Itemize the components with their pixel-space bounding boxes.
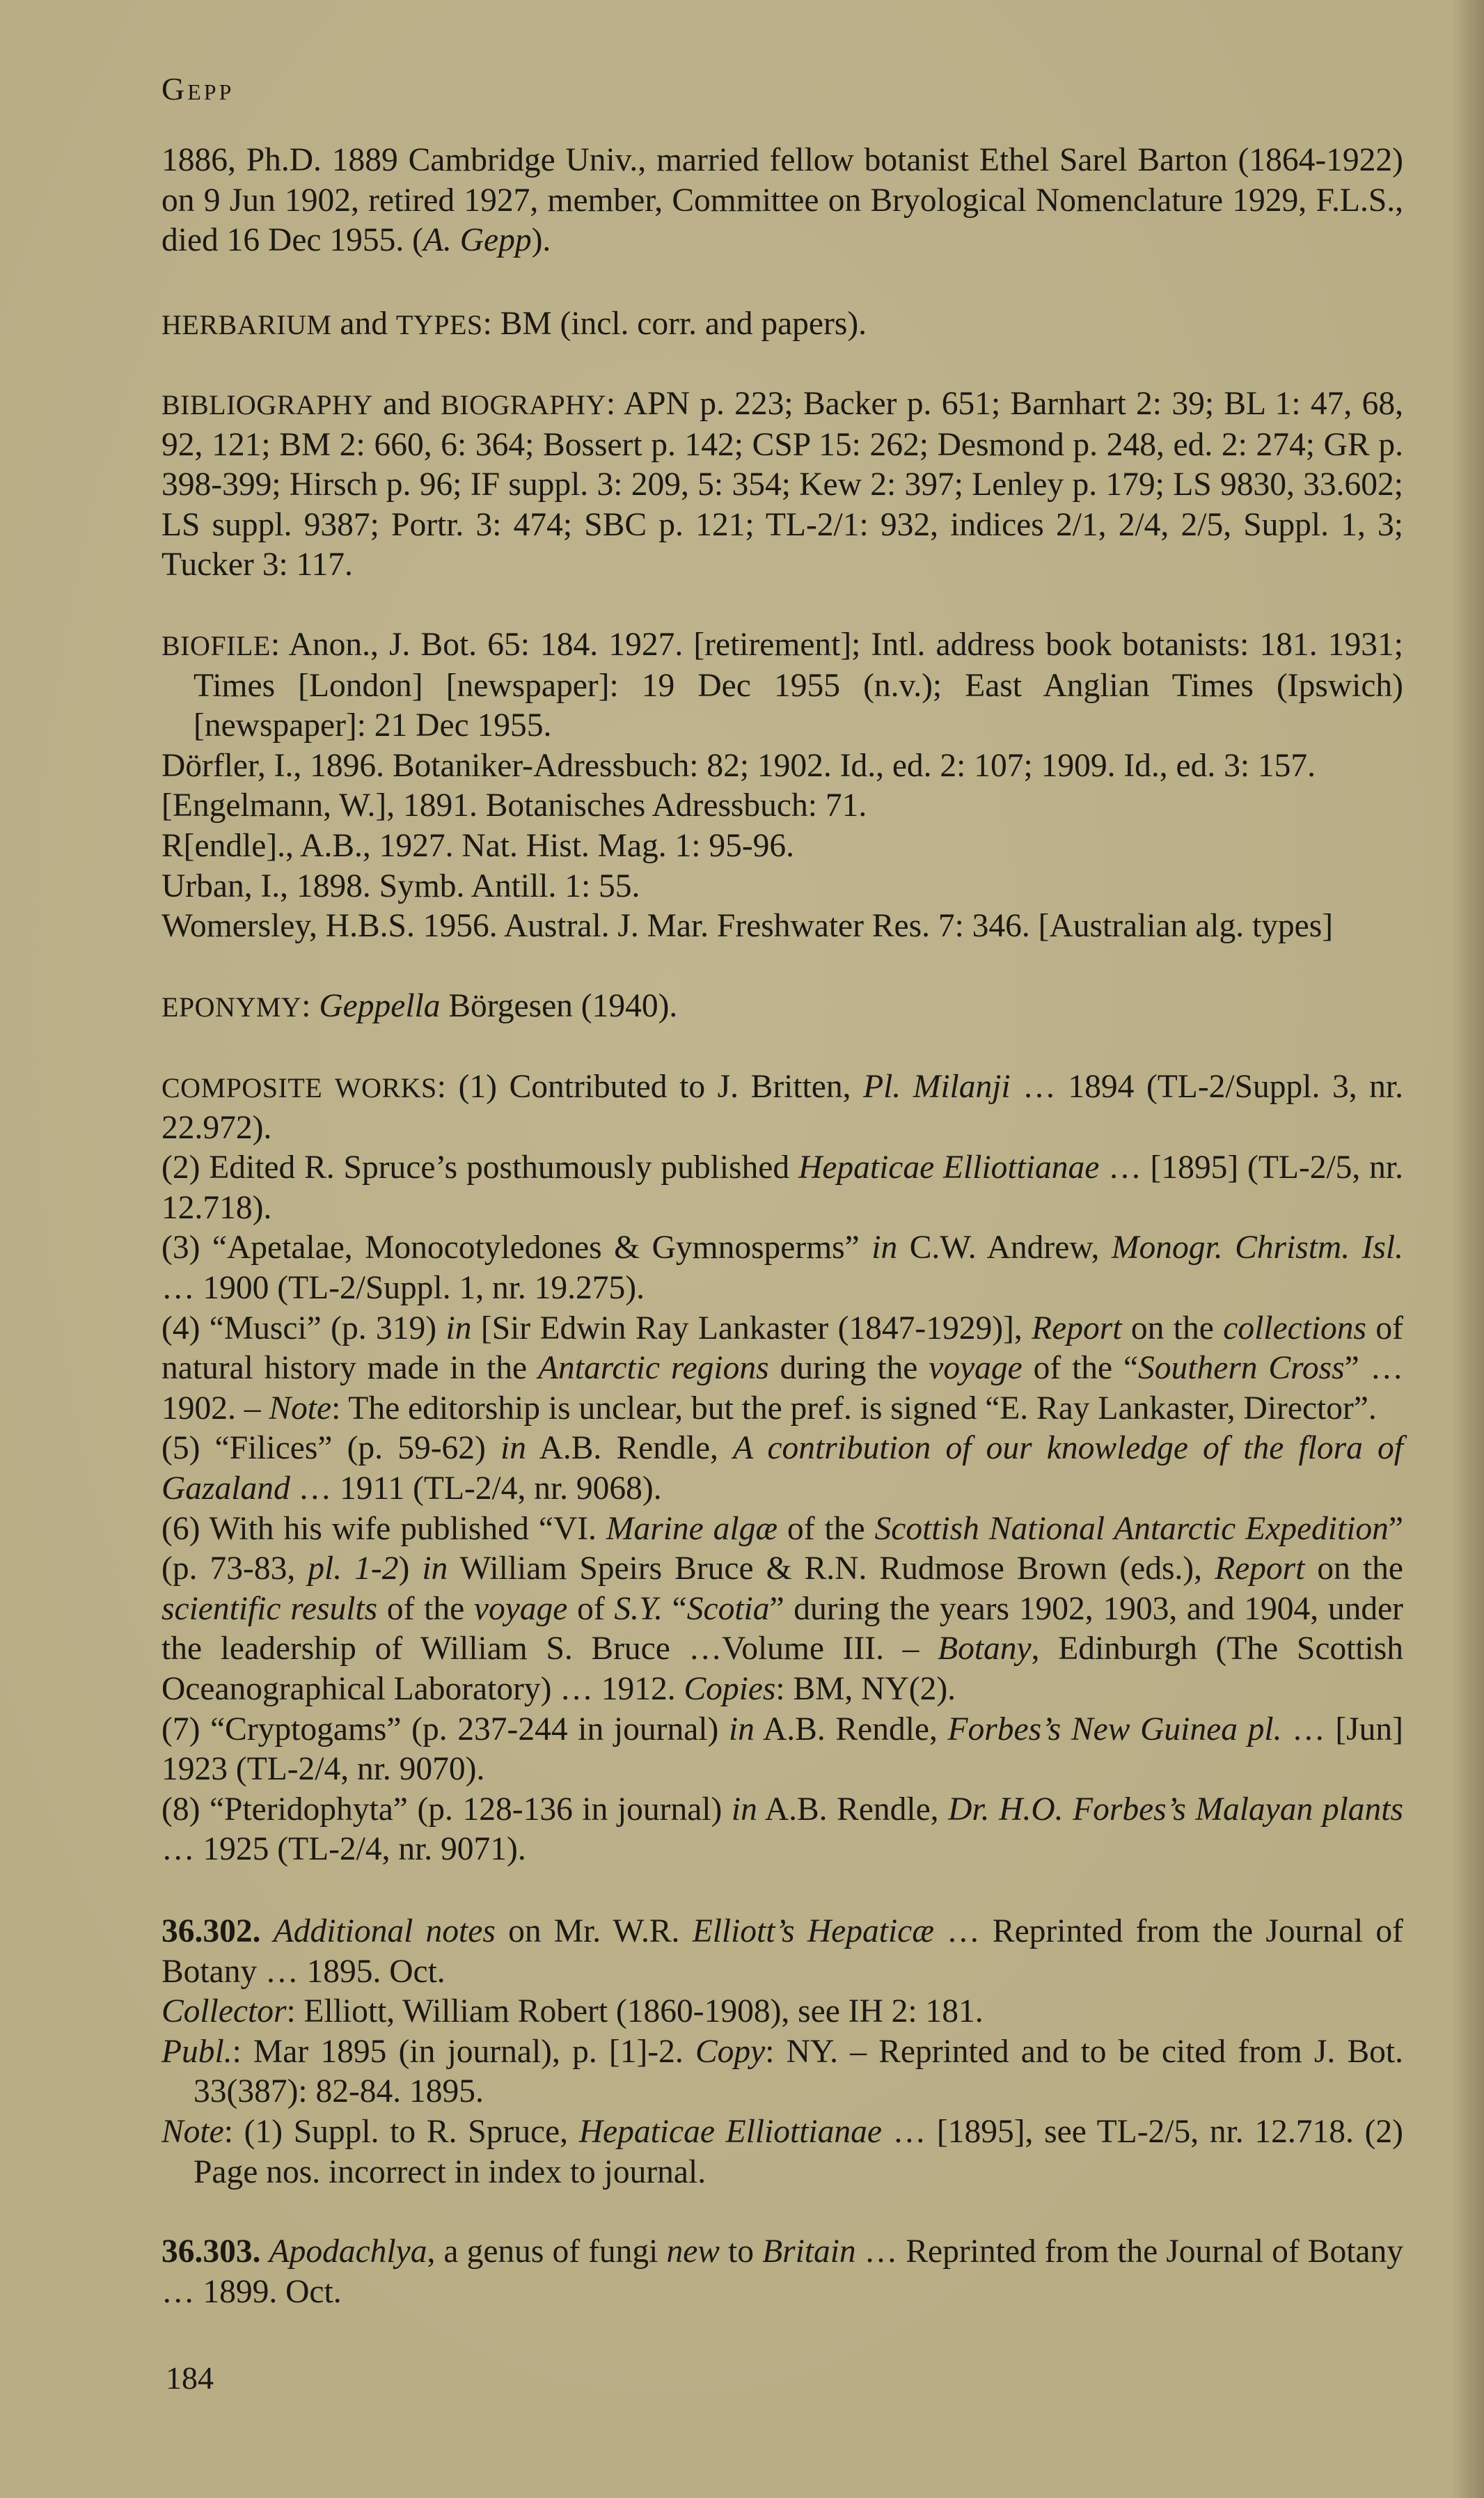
italic-run: in <box>422 1550 448 1587</box>
composite-work-item: (6) With his wife published “VI. Marine … <box>161 1509 1403 1710</box>
text-run: (7) “Cryptogams” (p. 237-244 in journal) <box>161 1711 729 1747</box>
composite-work-item: (4) “Musci” (p. 319) in [Sir Edwin Ray L… <box>161 1309 1403 1429</box>
italic-run: voyage <box>474 1591 568 1627</box>
types-label: types <box>396 309 483 340</box>
label-conjunction: and <box>373 386 441 422</box>
italic-run: in <box>871 1230 897 1266</box>
text-run: : Mar 1895 (in journal), p. [1]-2. <box>232 2034 695 2070</box>
biography-paragraph: 1886, Ph.D. 1889 Cambridge Univ., marrie… <box>161 141 1403 261</box>
text-run: on the <box>1121 1310 1223 1346</box>
text-run <box>261 2233 269 2270</box>
text-run: to <box>720 2233 762 2270</box>
text-run: A.B. Rendle, <box>526 1430 733 1466</box>
text-run: : Elliott, William Robert (1860-1908), s… <box>286 1993 983 2029</box>
composite-work-item: (7) “Cryptogams” (p. 237-244 in journal)… <box>161 1710 1403 1790</box>
bibliographic-entry: 36.303. Apodachlya, a genus of fungi new… <box>161 2232 1403 2312</box>
entry-title: 36.302. Additional notes on Mr. W.R. Ell… <box>161 1912 1403 1992</box>
entry-field-note: Note: (1) Suppl. to R. Spruce, Hepaticae… <box>161 2112 1403 2192</box>
italic-run: Copy <box>695 2034 765 2070</box>
italic-run: Scotia <box>687 1591 770 1627</box>
text-run: (1) Contributed to J. Britten, <box>459 1069 863 1105</box>
text-run: A.B. Rendle, <box>755 1711 948 1747</box>
label-colon: : <box>271 627 289 663</box>
entry-title-text: Additional notes on Mr. W.R. Elliott’s H… <box>161 1913 1403 1990</box>
text-run: of the <box>377 1591 474 1627</box>
italic-run: scientific results <box>161 1591 377 1627</box>
label-colon: : <box>437 1069 459 1105</box>
text-run: : The editorship is unclear, but the pre… <box>331 1390 1377 1427</box>
biography-text: 1886, Ph.D. 1889 Cambridge Univ., marrie… <box>161 142 1403 258</box>
italic-run: Antarctic regions <box>538 1350 769 1386</box>
biofile-label: biofile <box>161 630 271 661</box>
text-run: (3) “Apetalae, Monocotyledones & Gymnosp… <box>161 1230 871 1266</box>
italic-run: Report <box>1215 1550 1304 1587</box>
entry-title: 36.303. Apodachlya, a genus of fungi new… <box>161 2232 1403 2312</box>
text-run: on Mr. W.R. <box>496 1913 693 1949</box>
eponymy-text: Börgesen (1940). <box>441 988 678 1024</box>
italic-run: in <box>446 1310 472 1346</box>
label-colon: : <box>606 386 624 422</box>
italic-run: Dr. H.O. Forbes’s Malayan plants <box>948 1791 1403 1828</box>
text-run: : (1) Suppl. to R. Spruce, <box>224 2114 579 2150</box>
biofile-entry: Urban, I., 1898. Symb. Antill. 1: 55. <box>161 867 1403 907</box>
herbarium-text: BM (incl. corr. and papers). <box>500 306 867 342</box>
text-run: on the <box>1304 1550 1403 1587</box>
label-conjunction: and <box>332 306 396 342</box>
author-attribution: A. Gepp <box>423 222 532 258</box>
text-run: , a genus of fungi <box>427 2233 666 2270</box>
composite-works-section: composite works: (1) Contributed to J. B… <box>161 1067 1403 1870</box>
italic-run: in <box>500 1430 526 1466</box>
text-run: (4) “Musci” (p. 319) <box>161 1310 446 1346</box>
field-label: Collector <box>161 1993 286 2029</box>
italic-run: Hepaticae Elliottianae <box>798 1149 1099 1186</box>
text-run: of the “ <box>1023 1350 1138 1386</box>
text-run: “ <box>663 1591 687 1627</box>
text-run <box>261 1913 274 1949</box>
biofile-section: biofile: Anon., J. Bot. 65: 184. 1927. [… <box>161 625 1403 947</box>
text-run: (6) With his wife published “VI. <box>161 1511 606 1547</box>
italic-run: Marine algæ <box>606 1511 777 1547</box>
text-run: ) <box>398 1550 422 1587</box>
bibliographic-entry: 36.302. Additional notes on Mr. W.R. Ell… <box>161 1912 1403 2192</box>
bibliography-section: bibliography and biography: APN p. 223; … <box>161 384 1403 586</box>
text-run: of the <box>777 1511 874 1547</box>
italic-run: Hepaticae Elliottianae <box>579 2114 882 2150</box>
biofile-entry: Dörfler, I., 1896. Botaniker-Adressbuch:… <box>161 746 1403 787</box>
field-value: : Elliott, William Robert (1860-1908), s… <box>286 1993 983 2029</box>
italic-run: Note <box>269 1390 331 1427</box>
field-label: Publ. <box>161 2034 232 2070</box>
biofile-entry: Womersley, H.B.S. 1956. Austral. J. Mar.… <box>161 906 1403 947</box>
entry-number: 36.302. <box>161 1913 261 1949</box>
italic-run: Britain <box>762 2233 856 2270</box>
italic-run: Forbes’s New Guinea pl. <box>948 1711 1282 1747</box>
text-run: … 1911 (TL-2/4, nr. 9068). <box>290 1470 662 1507</box>
eponym-genus: Geppella <box>319 988 440 1024</box>
entry-field-publ: Publ.: Mar 1895 (in journal), p. [1]-2. … <box>161 2032 1403 2112</box>
italic-run: S.Y. <box>614 1591 663 1627</box>
italic-run: Scottish National Antarctic Expedition <box>874 1511 1388 1547</box>
text-run: of <box>567 1591 614 1627</box>
herbarium-label: herbarium <box>161 309 332 340</box>
italic-run: voyage <box>929 1350 1023 1386</box>
biofile-entry: R[endle]., A.B., 1927. Nat. Hist. Mag. 1… <box>161 826 1403 867</box>
field-value: : (1) Suppl. to R. Spruce, Hepaticae Ell… <box>194 2114 1403 2190</box>
biofile-first-entry: biofile: Anon., J. Bot. 65: 184. 1927. [… <box>161 625 1403 746</box>
composite-work-item: (5) “Filices” (p. 59-62) in A.B. Rendle,… <box>161 1429 1403 1509</box>
italic-run: pl. 1-2 <box>308 1550 398 1587</box>
field-label: Note <box>161 2114 224 2150</box>
text-run: [Sir Edwin Ray Lankaster (1847-1929)], <box>471 1310 1032 1346</box>
composite-work-item: (3) “Apetalae, Monocotyledones & Gymnosp… <box>161 1228 1403 1308</box>
eponymy-label: eponymy <box>161 991 301 1023</box>
italic-run: Copies <box>684 1671 775 1707</box>
entry-number: 36.303. <box>161 2233 261 2270</box>
italic-run: Additional notes <box>274 1913 496 1949</box>
composite-work-item: (2) Edited R. Spruce’s posthumously publ… <box>161 1148 1403 1228</box>
text-run: : BM, NY(2). <box>775 1671 956 1707</box>
text-run: … 1900 (TL-2/Suppl. 1, nr. 19.275). <box>161 1270 645 1306</box>
biography-label: biography <box>441 389 606 421</box>
italic-run: Pl. Milanji <box>863 1069 1011 1105</box>
eponymy-section: eponymy: Geppella Börgesen (1940). <box>161 987 1403 1028</box>
biofile-entry: [Engelmann, W.], 1891. Botanisches Adres… <box>161 786 1403 826</box>
entry-field-collector: Collector: Elliott, William Robert (1860… <box>161 1992 1403 2032</box>
biography-text-end: ). <box>532 222 551 258</box>
italic-run: new <box>666 2233 720 2270</box>
text-run: (5) “Filices” (p. 59-62) <box>161 1430 500 1466</box>
italic-run: in <box>729 1711 755 1747</box>
composite-work-item: composite works: (1) Contributed to J. B… <box>161 1067 1403 1148</box>
text-run: … 1925 (TL-2/4, nr. 9071). <box>161 1831 526 1867</box>
italic-run: Elliott’s Hepaticæ <box>693 1913 934 1949</box>
italic-run: Botany <box>938 1631 1032 1667</box>
italic-run: Report <box>1032 1310 1121 1346</box>
italic-run: in <box>732 1791 757 1828</box>
text-run: William Speirs Bruce & R.N. Rudmose Brow… <box>448 1550 1215 1587</box>
bibliography-label: bibliography <box>161 389 373 421</box>
biofile-entry-text: Anon., J. Bot. 65: 184. 1927. [retiremen… <box>194 627 1403 744</box>
composite-work-item: (8) “Pteridophyta” (p. 128-136 in journa… <box>161 1790 1403 1870</box>
text-run: (8) “Pteridophyta” (p. 128-136 in journa… <box>161 1791 732 1828</box>
field-value: : Mar 1895 (in journal), p. [1]-2. Copy:… <box>194 2034 1403 2110</box>
label-colon: : <box>301 988 319 1024</box>
herbarium-section: herbarium and types: BM (incl. corr. and… <box>161 304 1403 345</box>
works-label: works <box>335 1072 437 1103</box>
italic-run: collections <box>1223 1310 1366 1346</box>
italic-run: Apodachlya <box>269 2233 427 2270</box>
label-colon: : <box>483 306 500 342</box>
italic-run: Monogr. Christm. Isl. <box>1112 1230 1403 1266</box>
text-run: A.B. Rendle, <box>757 1791 948 1828</box>
text-run: during the <box>769 1350 929 1386</box>
italic-run: Southern Cross <box>1138 1350 1345 1386</box>
entry-title-text: Apodachlya, a genus of fungi new to Brit… <box>161 2233 1403 2310</box>
text-run: C.W. Andrew, <box>897 1230 1112 1266</box>
running-head: Gepp <box>161 70 234 109</box>
page-number: 184 <box>166 2359 214 2398</box>
text-run: (2) Edited R. Spruce’s posthumously publ… <box>161 1149 798 1186</box>
composite-label: composite <box>161 1072 322 1103</box>
